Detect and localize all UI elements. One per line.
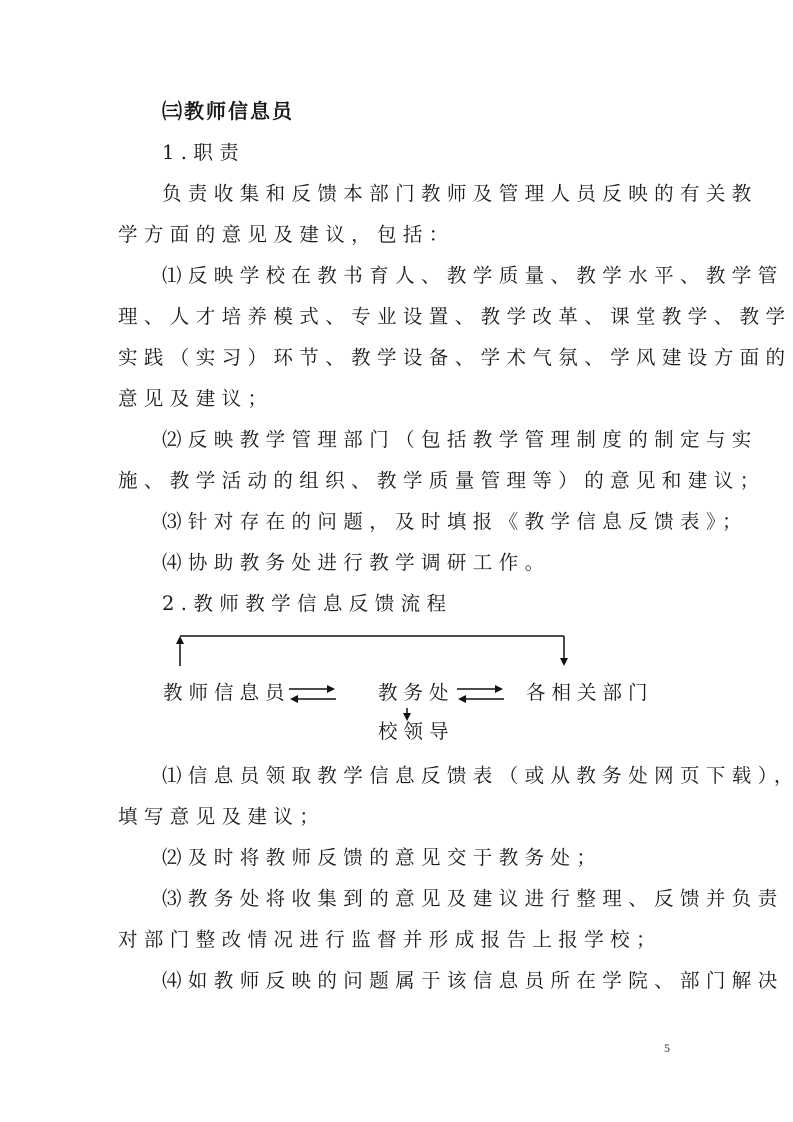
document-page: ㈢教师信息员 1.职责 负责收集和反馈本部门教师及管理人员反映的有关教 学方面的… (0, 0, 793, 1122)
page-number: 5 (664, 1041, 670, 1056)
process-step-2: ⑵及时将教师反馈的意见交于教务处； (162, 845, 718, 871)
process-step-1-cont: 填写意见及建议； (118, 804, 674, 830)
flow-node-teacher-informant: 教师信息员 (163, 680, 291, 706)
flow-node-departments: 各相关部门 (526, 680, 654, 706)
flowchart-arrows (0, 0, 793, 1122)
process-step-3-cont: 对部门整改情况进行监督并形成报告上报学校； (118, 927, 674, 953)
flow-node-school-leaders: 校领导 (378, 719, 455, 745)
process-step-1: ⑴信息员领取教学信息反馈表（或从教务处网页下载）， (162, 763, 718, 789)
flow-node-academic-affairs: 教务处 (378, 680, 455, 706)
process-step-3: ⑶教务处将收集到的意见及建议进行整理、反馈并负责 (162, 886, 718, 912)
process-step-4: ⑷如教师反映的问题属于该信息员所在学院、部门解决 (162, 968, 718, 994)
